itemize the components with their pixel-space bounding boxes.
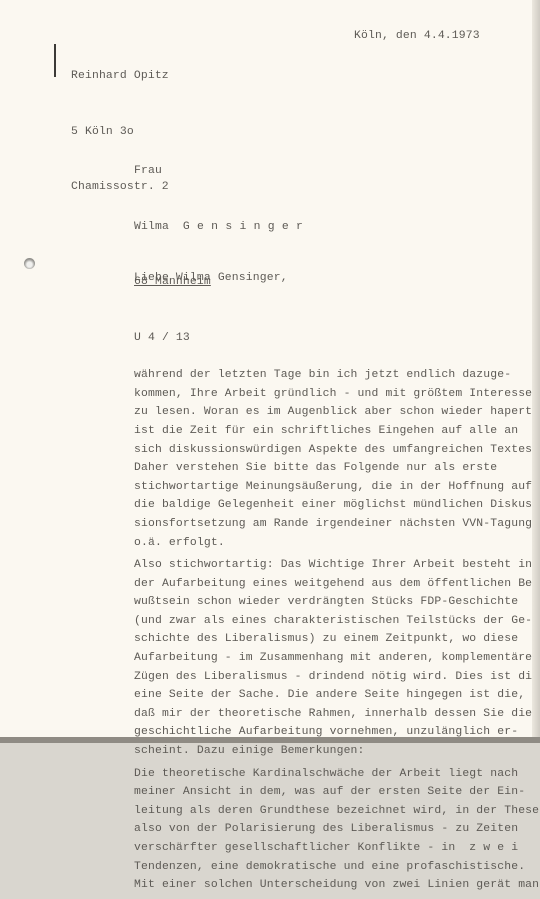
body-line: der Aufarbeitung eines weitgehend aus de… bbox=[134, 575, 540, 594]
body-line: wußtsein schon wieder verdrängten Stücks… bbox=[134, 593, 540, 612]
body-line: die baldige Gelegenheit einer möglichst … bbox=[134, 496, 540, 515]
recipient-title: Frau bbox=[134, 162, 310, 181]
body-line: eine Seite der Sache. Die andere Seite h… bbox=[134, 686, 540, 705]
body-line: ist die Zeit für ein schriftliches Einge… bbox=[134, 422, 540, 441]
body-line: während der letzten Tage bin ich jetzt e… bbox=[134, 366, 540, 385]
body-line: daß mir der theoretische Rahmen, innerha… bbox=[134, 705, 540, 724]
body-line: kommen, Ihre Arbeit gründlich - und mit … bbox=[134, 385, 540, 404]
body-line: Aufarbeitung - im Zusammenhang mit ander… bbox=[134, 649, 540, 668]
body-line: Zügen des Liberalismus - drindend nötig … bbox=[134, 668, 540, 687]
body-line: Daher verstehen Sie bitte das Folgende n… bbox=[134, 459, 540, 478]
body-line: schichte des Liberalismus) zu einem Zeit… bbox=[134, 630, 540, 649]
body-line: o.ä. erfolgt. bbox=[134, 534, 540, 553]
body-line: (und zwar als eines charakteristischen T… bbox=[134, 612, 540, 631]
letter-body: Liebe Wilma Gensinger, während der letzt… bbox=[134, 232, 540, 743]
date-line: Köln, den 4.4.1973 bbox=[354, 30, 480, 42]
punch-hole-top bbox=[24, 258, 35, 269]
sender-name: Reinhard Opitz bbox=[71, 67, 169, 86]
greeting: Liebe Wilma Gensinger, bbox=[134, 269, 540, 288]
body-line: sich diskussionswürdigen Aspekte des umf… bbox=[134, 441, 540, 460]
body-line: stichwortartige Meinungsäußerung, die in… bbox=[134, 478, 540, 497]
margin-mark bbox=[54, 44, 56, 77]
letter-page: Reinhard Opitz 5 Köln 3o Chamissostr. 2 … bbox=[0, 0, 532, 737]
paper-edge-bottom bbox=[0, 737, 540, 743]
paper-edge bbox=[532, 0, 540, 743]
body-line: sionsfortsetzung am Rande irgendeiner nä… bbox=[134, 515, 540, 534]
body-line: Also stichwortartig: Das Wichtige Ihrer … bbox=[134, 556, 540, 575]
body-line: zu lesen. Woran es im Augenblick aber sc… bbox=[134, 403, 540, 422]
